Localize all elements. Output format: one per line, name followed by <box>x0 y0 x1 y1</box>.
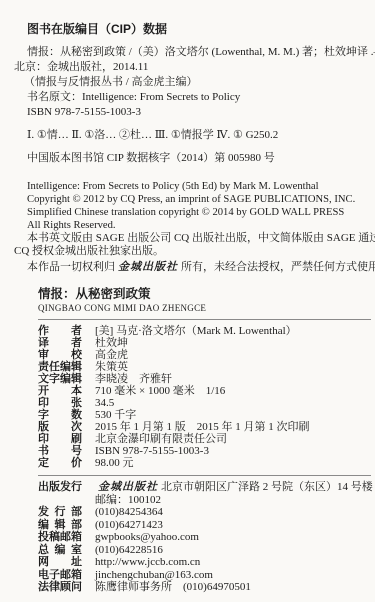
publisher-value: 陈鹰律师事务所 (010)64970501 <box>95 581 251 593</box>
info-row: 译者杜效坤 <box>38 337 373 349</box>
cip-isbn-line: ISBN 978-7-5155-1003-3 <box>14 105 371 120</box>
publisher-value: (010)64271423 <box>95 519 163 531</box>
cip-registry-line: 中国版本图书馆 CIP 数据核字（2014）第 005980 号 <box>14 151 371 166</box>
cip-record-line-1: 情报：从秘密到政策 /（美）洛文塔尔 (Lowenthal, M. M.) 著；… <box>14 45 371 60</box>
cip-classification-line: Ⅰ. ①情… Ⅱ. ①洛… ②杜… Ⅲ. ①情报学 Ⅳ. ① G250.2 <box>14 128 371 143</box>
cip-original-title-line: 书名原文：Intelligence: From Secrets to Polic… <box>14 90 371 105</box>
info-label: 印刷 <box>38 433 82 445</box>
info-label: 定价 <box>38 457 82 469</box>
title-block: 情报：从秘密到政策 QINGBAO CONG MIMI DAO ZHENGCE <box>38 287 371 313</box>
publisher-label: 发行部 <box>38 506 82 519</box>
publisher-label: 电子邮箱 <box>38 569 82 582</box>
publisher-label: 编辑部 <box>38 519 82 532</box>
info-value: 高金虎 <box>95 349 128 361</box>
info-label: 字数 <box>38 409 82 421</box>
copyright-chinese-line-2: CQ 授权金城出版社独家出版。 <box>14 245 371 258</box>
publisher-postcode-value: 邮编：100102 <box>95 494 161 506</box>
info-label: 责任编辑 <box>38 361 82 373</box>
info-label: 开本 <box>38 385 82 397</box>
publisher-label: 网址 <box>38 556 82 569</box>
book-title-pinyin: QINGBAO CONG MIMI DAO ZHENGCE <box>38 303 371 313</box>
info-value: 杜效坤 <box>95 337 128 349</box>
info-label: 作者 <box>38 325 82 337</box>
publisher-value: jinchengchuban@163.com <box>95 569 213 581</box>
info-value: 2015 年 1 月第 1 版 2015 年 1 月第 1 次印刷 <box>95 421 310 433</box>
info-value: 530 千字 <box>95 409 136 421</box>
rights-suffix: 所有，未经合法授权，严禁任何方式使用。 <box>181 261 375 273</box>
info-value: 34.5 <box>95 397 114 409</box>
publisher-row: 法律顾问陈鹰律师事务所 (010)64970501 <box>38 581 373 594</box>
publisher-row: 电子邮箱jinchengchuban@163.com <box>38 569 373 582</box>
info-row: 印张34.5 <box>38 397 373 409</box>
info-row: 版次2015 年 1 月第 1 版 2015 年 1 月第 1 次印刷 <box>38 421 373 433</box>
publisher-postcode-row: 邮编：100102 <box>38 494 373 507</box>
book-title: 情报：从秘密到政策 <box>38 287 371 301</box>
copyright-chinese-line-1: 本书英文版由 SAGE 出版公司 CQ 出版社出版，中文简体版由 SAGE 通过 <box>14 232 371 245</box>
publisher-label: 总编室 <box>38 544 82 557</box>
publisher-brand: 金城出版社 <box>118 261 178 273</box>
copyright-english-line: Copyright © 2012 by CQ Press, an imprint… <box>14 193 371 206</box>
info-row: 文字编辑李晓凌 齐雅轩 <box>38 373 373 385</box>
publisher-address: 金城出版社北京市朝阳区广泽路 2 号院（东区）14 号楼 <box>95 481 373 493</box>
info-row: 作者[美] 马克·洛文塔尔（Mark M. Lowenthal） <box>38 325 373 337</box>
info-value: ISBN 978-7-5155-1003-3 <box>95 445 209 457</box>
info-row: 书号ISBN 978-7-5155-1003-3 <box>38 445 373 457</box>
publisher-row: 编辑部(010)64271423 <box>38 519 373 532</box>
info-row: 开本710 毫米 × 1000 毫米 1/16 <box>38 385 373 397</box>
publisher-table: 出版发行金城出版社北京市朝阳区广泽路 2 号院（东区）14 号楼 邮编：1001… <box>38 481 373 594</box>
publisher-brand: 金城出版社 <box>98 481 158 493</box>
publisher-label: 法律顾问 <box>38 581 82 594</box>
info-value: 朱策英 <box>95 361 128 373</box>
divider-bottom <box>38 475 371 476</box>
info-label: 文字编辑 <box>38 373 82 385</box>
info-row: 印刷北京金瀑印刷有限责任公司 <box>38 433 373 445</box>
copyright-section: Intelligence: From Secrets to Policy (5t… <box>14 180 371 274</box>
info-value: 710 毫米 × 1000 毫米 1/16 <box>95 385 225 397</box>
book-copyright-page: 图书在版编目（CIP）数据 情报：从秘密到政策 /（美）洛文塔尔 (Lowent… <box>0 0 375 602</box>
publisher-row: 投稿邮箱gwpbooks@yahoo.com <box>38 531 373 544</box>
book-info-table: 作者[美] 马克·洛文塔尔（Mark M. Lowenthal） 译者杜效坤 审… <box>38 325 373 469</box>
info-value: 李晓凌 齐雅轩 <box>95 373 172 385</box>
rights-line: 本作品一切权利归金城出版社所有，未经合法授权，严禁任何方式使用。 <box>14 261 371 274</box>
publisher-label: 投稿邮箱 <box>38 531 82 544</box>
info-row: 字数530 千字 <box>38 409 373 421</box>
cip-series-line: （情报与反情报丛书 / 高金虎主编） <box>14 75 371 90</box>
publisher-address-text: 北京市朝阳区广泽路 2 号院（东区）14 号楼 <box>161 481 373 493</box>
info-label: 印张 <box>38 397 82 409</box>
divider-top <box>38 319 371 320</box>
info-row: 责任编辑朱策英 <box>38 361 373 373</box>
cip-record-line-2: 北京：金城出版社，2014.11 <box>14 60 371 75</box>
publisher-value: (010)64228516 <box>95 544 163 556</box>
cip-section: 图书在版编目（CIP）数据 情报：从秘密到政策 /（美）洛文塔尔 (Lowent… <box>14 0 371 166</box>
publisher-value: http://www.jccb.com.cn <box>95 556 200 568</box>
info-value: [美] 马克·洛文塔尔（Mark M. Lowenthal） <box>95 325 297 337</box>
info-value: 北京金瀑印刷有限责任公司 <box>95 433 227 445</box>
info-label: 译者 <box>38 337 82 349</box>
publisher-value: gwpbooks@yahoo.com <box>95 531 199 543</box>
cip-heading: 图书在版编目（CIP）数据 <box>27 20 371 37</box>
publisher-row: 发行部(010)84254364 <box>38 506 373 519</box>
publisher-issue-row: 出版发行金城出版社北京市朝阳区广泽路 2 号院（东区）14 号楼 <box>38 481 373 494</box>
info-row: 审校高金虎 <box>38 349 373 361</box>
info-label: 版次 <box>38 421 82 433</box>
copyright-english-line: All Rights Reserved. <box>14 219 371 232</box>
copyright-english-line: Simplified Chinese translation copyright… <box>14 206 371 219</box>
info-row: 定价98.00 元 <box>38 457 373 469</box>
publisher-issue-label: 出版发行 <box>38 481 82 494</box>
publisher-value: (010)84254364 <box>95 506 163 518</box>
rights-prefix: 本作品一切权利归 <box>27 261 115 273</box>
info-value: 98.00 元 <box>95 457 134 469</box>
info-label: 审校 <box>38 349 82 361</box>
publisher-row: 网址http://www.jccb.com.cn <box>38 556 373 569</box>
publisher-row: 总编室(010)64228516 <box>38 544 373 557</box>
info-label: 书号 <box>38 445 82 457</box>
copyright-english-line: Intelligence: From Secrets to Policy (5t… <box>14 180 371 193</box>
